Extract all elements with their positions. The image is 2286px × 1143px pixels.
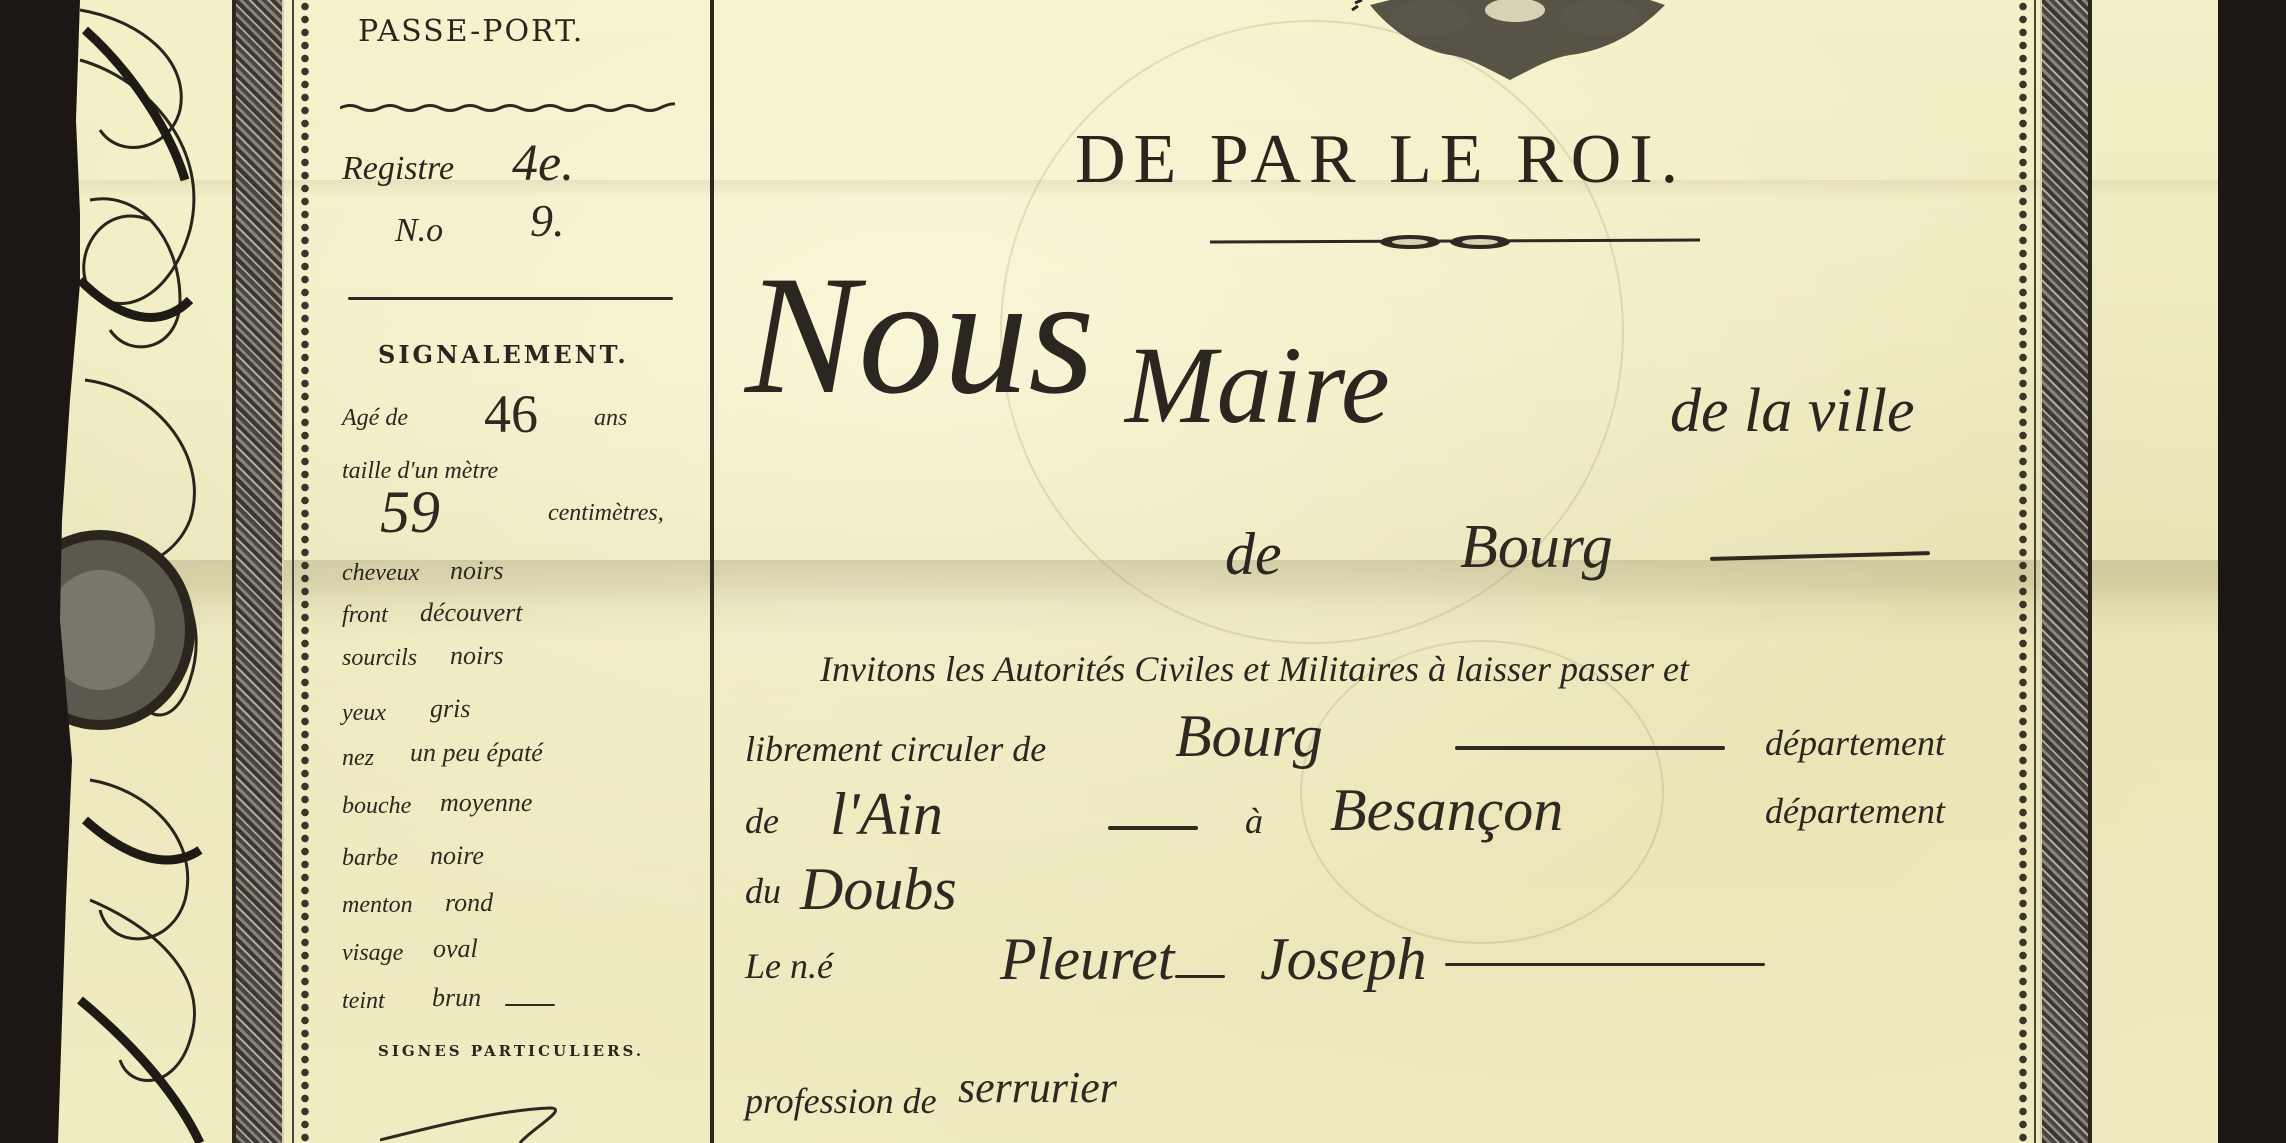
origin-rule [1455, 746, 1725, 750]
de-la-ville-text: de la ville [1670, 376, 1914, 447]
de-text: de [1225, 520, 1282, 589]
taille-value: 59 [380, 478, 440, 547]
signes-particuliers-title: SIGNES PARTICULIERS. [378, 1042, 644, 1060]
field-value-barbe: noire [430, 841, 484, 871]
dark-background-right [2218, 0, 2286, 1143]
destination-city-besancon: Besançon [1330, 776, 1563, 845]
field-label-sourcils: sourcils [342, 645, 417, 672]
field-label-visage: visage [342, 940, 403, 967]
wavy-rule [340, 100, 675, 112]
field-label-nez: nez [342, 745, 374, 772]
de-par-le-roi-header: DE PAR LE ROI. [1075, 120, 1686, 200]
bead-border-right [2016, 0, 2030, 1143]
age-label: Agé de [342, 405, 408, 432]
teint-rule [505, 1004, 555, 1006]
city-name-bourg: Bourg [1460, 512, 1613, 583]
document-scan: PASSE-PORT. Registre 4e. N.o 9. SIGNALEM… [0, 0, 2286, 1143]
bead-border-line-right [2034, 0, 2036, 1143]
signes-flourish-icon [380, 1100, 600, 1143]
registre-label: Registre [342, 150, 454, 188]
origin-departement-ain: l'Ain [830, 780, 943, 849]
numero-label: N.o [395, 212, 443, 250]
profession-label: profession de [745, 1080, 937, 1122]
age-unit: ans [594, 405, 627, 432]
field-label-teint: teint [342, 988, 385, 1015]
passeport-title: PASSE-PORT. [358, 14, 584, 49]
age-value: 46 [484, 383, 538, 445]
bead-border-left [298, 0, 312, 1143]
field-value-sourcils: noirs [450, 641, 503, 671]
section-rule [348, 297, 673, 300]
invitons-line: Invitons les Autorités Civiles et Milita… [820, 648, 1689, 690]
column-divider [710, 0, 714, 1143]
field-label-front: front [342, 602, 388, 629]
field-value-visage: oval [433, 934, 478, 964]
ornamental-border-right [2040, 0, 2092, 1143]
du-text: du [745, 870, 781, 912]
field-label-bouche: bouche [342, 793, 411, 820]
field-value-teint: brun [432, 983, 481, 1013]
taille-unit: centimètres, [548, 500, 664, 527]
field-value-nez: un peu épaté [410, 738, 543, 768]
field-value-cheveux: noirs [450, 556, 503, 586]
field-value-yeux: gris [430, 694, 470, 724]
registre-value: 4e. [512, 134, 574, 193]
ain-rule [1108, 826, 1198, 830]
numero-value: 9. [530, 194, 565, 247]
librement-circuler-text: librement circuler de [745, 728, 1046, 770]
destination-departement-doubs: Doubs [800, 855, 957, 924]
ornament-rule-icon [1210, 230, 1700, 254]
field-label-cheveux: cheveux [342, 560, 419, 587]
maire-heading: Maire [1125, 330, 1390, 440]
origin-city-bourg: Bourg [1175, 702, 1323, 771]
field-label-menton: menton [342, 892, 413, 919]
field-label-barbe: barbe [342, 845, 398, 872]
departement-label-1: département [1765, 722, 1945, 764]
name-rule [1445, 963, 1765, 966]
a-text: à [1245, 800, 1263, 842]
surname-rule [1175, 975, 1225, 978]
ornamental-border-left [232, 0, 284, 1143]
royal-crest-icon [1350, 0, 1690, 82]
departement-label-2: département [1765, 790, 1945, 832]
calligraphic-flourish-icon [60, 0, 220, 1143]
de-text-2: de [745, 800, 779, 842]
bearer-first-name: Joseph [1260, 925, 1427, 994]
field-value-menton: rond [445, 888, 493, 918]
field-label-yeux: yeux [342, 700, 386, 727]
le-nomme-text: Le n.é [745, 945, 833, 987]
field-value-bouche: moyenne [440, 788, 532, 818]
bearer-surname: Pleuret [1000, 925, 1174, 994]
signalement-title: SIGNALEMENT. [378, 340, 629, 369]
bearer-profession: serrurier [958, 1062, 1117, 1113]
nous-heading: Nous [745, 250, 1095, 420]
bead-border-line-left [292, 0, 294, 1143]
field-value-front: découvert [420, 598, 523, 628]
